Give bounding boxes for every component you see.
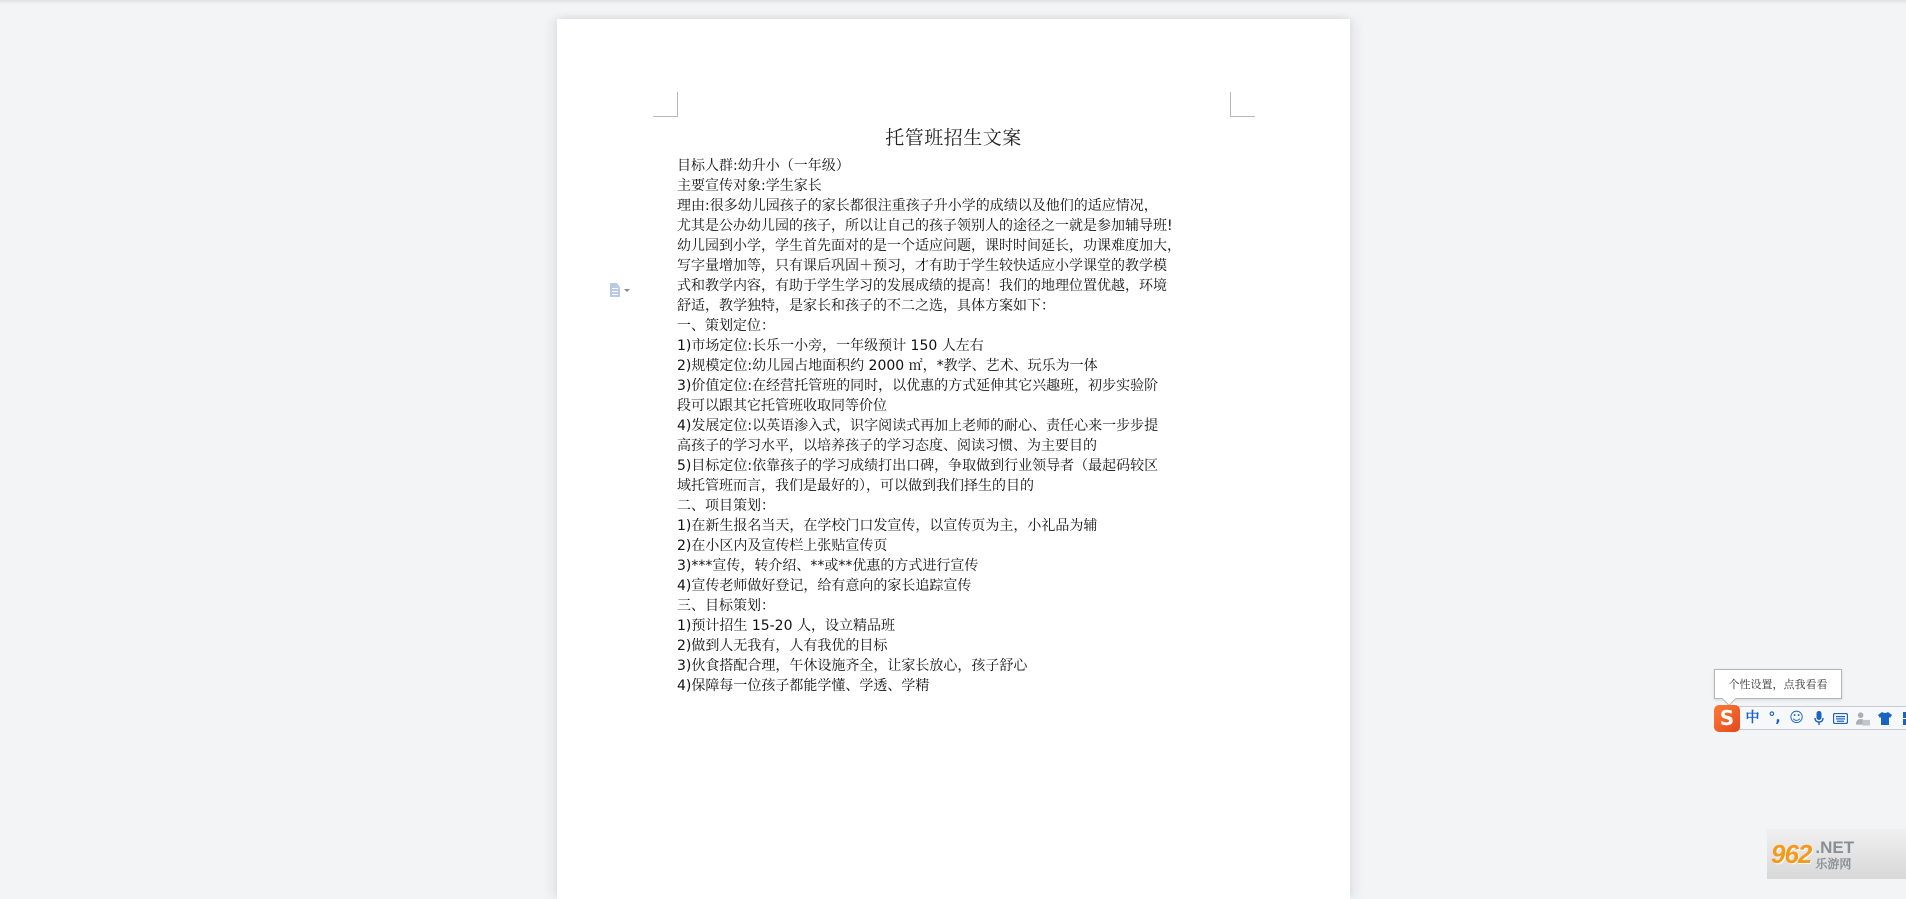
toolbox-icon[interactable] — [1899, 712, 1906, 725]
text-line: 写字量增加等，只有课后巩固＋预习，才有助于学生较快适应小学课堂的教学模 — [677, 256, 1242, 276]
text-line: 舒适，教学独特，是家长和孩子的不二之选，具体方案如下： — [677, 296, 1242, 316]
text-line: 高孩子的学习水平，以培养孩子的学习态度、阅读习惯、为主要目的 — [677, 436, 1242, 456]
section-heading: 二、项目策划： — [677, 496, 1242, 516]
text-line: 4)宣传老师做好登记，给有意向的家长追踪宣传 — [677, 576, 1242, 596]
text-line: 尤其是公办幼儿园的孩子，所以让自己的孩子领别人的途径之一就是参加辅导班! — [677, 216, 1242, 236]
text-line: 5)目标定位:依靠孩子的学习成绩打出口碑，争取做到行业领导者（最起码较区 — [677, 456, 1242, 476]
chinese-mode-icon[interactable]: 中 — [1745, 711, 1760, 725]
text-line: 式和教学内容，有助于学生学习的发展成绩的提高！我们的地理位置优越，环境 — [677, 276, 1242, 296]
skin-icon[interactable] — [1877, 712, 1892, 725]
text-line: 3)***宣传，转介绍、**或**优惠的方式进行宣传 — [677, 556, 1242, 576]
text-line: 2)规模定位:幼儿园占地面积约 2000 ㎡，*教学、艺术、玩乐为一体 — [677, 356, 1242, 376]
section-heading: 三、目标策划： — [677, 596, 1242, 616]
section-heading: 一、策划定位： — [677, 316, 1242, 336]
watermark-domain: .NET — [1815, 839, 1854, 856]
margin-corner-top-right — [1230, 92, 1255, 117]
text-line: 1)在新生报名当天，在学校门口发宣传，以宣传页为主，小礼品为辅 — [677, 516, 1242, 536]
chevron-down-icon — [624, 289, 630, 292]
user-icon[interactable] — [1855, 711, 1870, 726]
microphone-icon[interactable] — [1811, 711, 1826, 726]
ime-settings-tooltip[interactable]: 个性设置，点我看看 — [1714, 669, 1842, 699]
text-line: 2)做到人无我有，人有我优的目标 — [677, 636, 1242, 656]
watermark-number: 962 — [1771, 839, 1811, 870]
watermark-text: .NET 乐游网 — [1815, 839, 1854, 870]
text-line: 4)保障每一位孩子都能学懂、学透、学精 — [677, 676, 1242, 696]
document-icon — [610, 283, 620, 297]
paragraph-menu-button[interactable] — [610, 282, 636, 298]
ime-tools: 中 °, ☺ — [1738, 706, 1906, 730]
text-line: 2)在小区内及宣传栏上张贴宣传页 — [677, 536, 1242, 556]
punctuation-icon[interactable]: °, — [1767, 711, 1782, 725]
emoji-icon[interactable]: ☺ — [1789, 711, 1804, 725]
text-line: 主要宣传对象:学生家长 — [677, 176, 1242, 196]
text-line: 1)市场定位:长乐一小旁，一年级预计 150 人左右 — [677, 336, 1242, 356]
text-line: 3)伙食搭配合理，午休设施齐全，让家长放心，孩子舒心 — [677, 656, 1242, 676]
ime-toolbar[interactable]: S 中 °, ☺ — [1714, 704, 1906, 732]
document-page[interactable]: 托管班招生文案 目标人群:幼升小（一年级） 主要宣传对象:学生家长 理由:很多幼… — [557, 19, 1350, 879]
text-line: 理由:很多幼儿园孩子的家长都很注重孩子升小学的成绩以及他们的适应情况， — [677, 196, 1242, 216]
sogou-logo-icon[interactable]: S — [1714, 705, 1740, 732]
document-title: 托管班招生文案 — [557, 123, 1350, 150]
text-line: 域托管班而言，我们是最好的），可以做到我们择生的目的 — [677, 476, 1242, 496]
text-line: 4)发展定位:以英语渗入式，识字阅读式再加上老师的耐心、责任心来一步步提 — [677, 416, 1242, 436]
document-body[interactable]: 目标人群:幼升小（一年级） 主要宣传对象:学生家长 理由:很多幼儿园孩子的家长都… — [677, 156, 1242, 696]
top-shadow — [0, 0, 1906, 4]
text-line: 幼儿园到小学，学生首先面对的是一个适应问题，课时时间延长，功课难度加大， — [677, 236, 1242, 256]
watermark-name: 乐游网 — [1815, 858, 1854, 870]
text-line: 3)价值定位:在经营托管班的同时，以优惠的方式延伸其它兴趣班，初步实验阶 — [677, 376, 1242, 396]
text-line: 目标人群:幼升小（一年级） — [677, 156, 1242, 176]
text-line: 段可以跟其它托管班收取同等价位 — [677, 396, 1242, 416]
keyboard-icon[interactable] — [1833, 713, 1848, 724]
text-line: 1)预计招生 15-20 人，设立精品班 — [677, 616, 1242, 636]
site-watermark: 962 .NET 乐游网 — [1767, 829, 1906, 879]
margin-corner-top-left — [653, 92, 678, 117]
